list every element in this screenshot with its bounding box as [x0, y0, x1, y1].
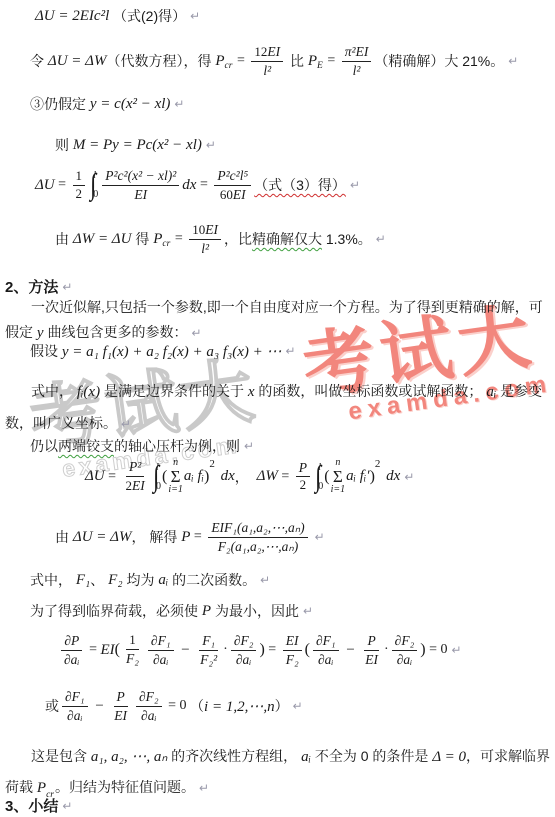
body-paragraph-method-intro: 一次近似解,只包括一个参数,即一个自由度对应一个方程。为了得到更精确的解，可假定…: [5, 295, 552, 346]
integral: ∫ l0: [152, 462, 161, 492]
frac-denominator: F₂(a₁,a₂,⋯,aₙ): [218, 539, 299, 555]
math-text: P: [215, 53, 224, 70]
formula-sum-integrals: ΔU = P² 2EI ∫ l0 ( n Σ i=1 aᵢ fᵢ ) 2 dx …: [85, 458, 414, 495]
frac-numerator: EI: [205, 222, 218, 238]
math-text: fᵢ(x): [77, 384, 100, 400]
paragraph-mark: ↵: [404, 470, 414, 484]
frac-denominator: ∂aᵢ: [153, 652, 169, 668]
frac-denominator: EI: [114, 708, 127, 724]
paragraph-mark: ↵: [62, 280, 72, 294]
fraction: ∂P ∂aᵢ: [61, 633, 83, 667]
minus-sign: −: [177, 642, 195, 659]
frac-denominator: 60: [220, 188, 233, 203]
separator: ，: [235, 467, 257, 487]
math-text: dx: [382, 468, 400, 485]
text: ，比: [224, 229, 252, 249]
fraction: ∂F₁ ∂aᵢ: [148, 633, 174, 667]
dot-operator: ·: [384, 642, 389, 658]
formula-assume-y: ③仍假定 y = c(x² − xl) ↵: [30, 94, 184, 114]
equals-sign: =: [55, 177, 70, 193]
fraction: P EI: [362, 633, 381, 667]
frac-numerator: EI: [286, 633, 299, 649]
text-line-quadratic-functions: 式中， F₁ 、 F₂ 均为 aᵢ 的二次函数。 ↵: [30, 570, 270, 590]
fraction: 10EI l²: [189, 222, 221, 256]
fraction: P²c²l⁵ 60EI: [214, 168, 251, 202]
frac-denominator: EI: [132, 478, 145, 494]
frac-numerator: ∂F₁: [151, 633, 171, 649]
open-paren: (: [324, 468, 329, 486]
paragraph-mark: ↵: [190, 9, 200, 23]
equals-zero: = 0: [426, 642, 448, 658]
paragraph-mark: ↵: [121, 417, 131, 431]
fraction: 1 F₂: [123, 633, 142, 666]
paragraph-mark: ↵: [174, 97, 184, 111]
math-text: aᵢ fᵢ: [184, 468, 204, 485]
subscript: cr: [225, 61, 233, 71]
sigma-icon: Σ: [171, 468, 181, 485]
frac-numerator: P²c²(x² − xl)²: [105, 168, 176, 184]
frac-numerator: P²: [129, 459, 141, 475]
fraction: EI F₂: [283, 633, 302, 667]
text-green-wavy: 两端铰支: [58, 436, 114, 456]
fraction: P 2: [296, 460, 310, 493]
paragraph-mark: ↵: [206, 138, 216, 152]
fraction: ∂F₂ ∂aᵢ: [136, 689, 162, 723]
note-text-red-wavy: （式（3）得）: [254, 175, 346, 195]
note-text: （式(2)得）: [113, 6, 186, 26]
text: 则: [55, 135, 73, 155]
body-paragraph-eigenvalue: 这是包含 a₁, a₂, ⋯, aₙ 的齐次线性方程组， aᵢ 不全为 0 的条…: [5, 741, 552, 805]
close-paren: ）: [275, 696, 289, 716]
text: 令: [30, 51, 48, 71]
frac-denominator: F₂: [126, 651, 139, 667]
equals-sign: =: [105, 469, 120, 485]
fraction: ∂F₂ ∂aᵢ: [392, 633, 418, 667]
text: 得: [131, 229, 153, 249]
frac-denominator: l²: [353, 63, 361, 79]
integral-icon: ∫: [90, 170, 96, 200]
equals-zero: = 0: [165, 698, 190, 714]
dot-operator: ·: [223, 642, 228, 658]
integral: ∫ l0: [89, 170, 98, 200]
frac-numerator: P: [367, 633, 375, 649]
open-paren: (: [115, 641, 120, 659]
text: 式中，: [30, 570, 76, 590]
math-text: y = a₁ f₁(x) + a₂ f₂(x) + a₃ f₃(x) + ⋯: [62, 342, 282, 361]
math-text: P: [153, 231, 162, 248]
paragraph-mark: ↵: [286, 344, 296, 358]
fraction: P EI: [111, 689, 130, 723]
sum-lower-limit: i=1: [168, 485, 183, 495]
text: 的二次函数。: [168, 570, 256, 590]
open-paren: (: [305, 641, 310, 659]
text: 的齐次线性方程组，: [167, 748, 301, 764]
math-text: y = c(x² − xl): [90, 96, 171, 113]
equals-sign: =: [196, 177, 211, 193]
math-text: Δ = 0: [432, 749, 466, 765]
frac-denominator: 2: [300, 478, 307, 493]
text: 1.3%。: [322, 229, 372, 249]
fraction: π²EI l²: [342, 44, 372, 78]
math-text: aᵢ: [486, 384, 496, 400]
frac-denominator: ∂aᵢ: [236, 652, 252, 668]
equals-sign: =: [324, 53, 339, 69]
close-paren: ): [204, 468, 209, 486]
frac-numerator: P: [299, 460, 307, 476]
math-text: EI: [100, 642, 114, 659]
text-line-hinged-bar: 仍以 两端铰支 的轴心压杆为例，则 ↵: [30, 436, 254, 456]
fraction: 1 2: [73, 169, 86, 202]
equals-sign: =: [190, 529, 205, 545]
frac-denominator: ∂aᵢ: [64, 652, 80, 668]
subscript: E: [317, 61, 323, 71]
paragraph-mark: ↵: [199, 781, 209, 795]
math-text: P: [181, 529, 190, 546]
integral-icon: ∫: [315, 462, 321, 492]
frac-numerator: ∂F₁: [65, 689, 85, 705]
formula-y-series: 假设 y = a₁ f₁(x) + a₂ f₂(x) + a₃ f₃(x) + …: [30, 341, 296, 361]
math-text: x: [248, 384, 255, 400]
section-heading: 3、小结: [5, 795, 58, 816]
frac-denominator: ∂aᵢ: [67, 708, 83, 724]
fraction: F₁ F₂²: [197, 633, 220, 667]
frac-denominator: F₂²: [200, 652, 217, 668]
text: ， 解得: [131, 527, 181, 547]
frac-numerator: 10: [192, 223, 205, 238]
frac-denominator: EI: [134, 187, 147, 203]
text-line-minimize-p: 为了得到临界荷载，必须使 P 为最小，因此 ↵: [30, 601, 313, 621]
text: 均为: [123, 570, 159, 590]
frac-numerator: π²EI: [345, 44, 369, 60]
math-text: P: [308, 53, 317, 70]
frac-numerator: P²c²l⁵: [217, 168, 248, 184]
frac-denominator: ∂aᵢ: [397, 652, 413, 668]
summation: n Σ i=1: [331, 458, 346, 495]
heading-summary: 3、小结 ↵: [5, 795, 72, 816]
sum-lower-limit: i=1: [331, 485, 346, 495]
math-text: F₂: [108, 572, 122, 589]
minus-sign: −: [91, 698, 109, 715]
text: 或: [45, 696, 59, 716]
paragraph-mark: ↵: [376, 232, 386, 246]
section-heading: 2、方法: [5, 276, 58, 297]
paragraph-mark: ↵: [244, 439, 254, 453]
math-text: a₁, a₂, ⋯, aₙ: [91, 749, 167, 765]
math-text: aᵢ: [158, 572, 168, 589]
text: （代数方程），得: [106, 51, 215, 71]
math-text: ΔW = ΔU: [73, 231, 132, 248]
math-text: ΔW: [257, 468, 278, 485]
minus-sign: −: [342, 642, 360, 659]
math-text: ΔU = 2EIc²l: [35, 8, 113, 25]
math-text: ΔU: [85, 468, 105, 485]
math-text: y: [37, 325, 44, 341]
paragraph-mark: ↵: [350, 178, 360, 192]
fraction: ∂F₁ ∂aᵢ: [62, 689, 88, 723]
fraction: 12EI l²: [251, 44, 283, 78]
frac-numerator: EI: [267, 44, 280, 60]
formula-p-ratio: 由 ΔU = ΔW ， 解得 P = EIF₁(a₁,a₂,⋯,aₙ) F₂(a…: [55, 520, 325, 554]
math-text: dx: [217, 468, 235, 485]
text: 、: [90, 570, 108, 590]
math-text: F₁: [76, 572, 90, 589]
text-green-wavy: 精确解仅大: [252, 229, 322, 249]
subscript: cr: [162, 239, 170, 249]
frac-denominator: F₂: [286, 652, 299, 668]
math-text: M = Py = Pc(x² − xl): [73, 137, 202, 154]
frac-denominator: ∂aᵢ: [318, 652, 334, 668]
equals-sign: =: [233, 53, 248, 69]
text: 。归结为特征值问题。: [55, 779, 195, 795]
equals-sign: =: [86, 642, 101, 658]
frac-numerator: ∂F₂: [234, 633, 254, 649]
equals-sign: =: [265, 642, 280, 658]
frac-numerator: 12: [254, 45, 267, 60]
summation: n Σ i=1: [168, 458, 183, 495]
frac-numerator: ∂F₂: [395, 633, 415, 649]
text: 的函数，叫做坐标函数或试解函数；: [255, 383, 487, 399]
paragraph-mark: ↵: [315, 530, 325, 544]
equals-sign: =: [171, 231, 186, 247]
formula-pcr-vs-pe: 令 ΔU = ΔW （代数方程），得 Pcr = 12EI l² 比 PE = …: [30, 44, 518, 78]
paragraph-mark: ↵: [452, 643, 462, 657]
text: 是满足边界条件的关于: [100, 383, 248, 399]
formula-delta-u-eq2: ΔU = 2EIc²l （式(2)得） ↵: [35, 6, 200, 26]
text: 这是包含: [31, 748, 91, 764]
text: 不全为 0 的条件是: [311, 748, 432, 764]
frac-denominator: ∂aᵢ: [141, 708, 157, 724]
text: 曲线包含更多的参数：: [44, 324, 188, 340]
math-text: dx: [182, 177, 196, 194]
frac-numerator: 1: [129, 633, 136, 648]
paragraph-mark: ↵: [260, 573, 270, 587]
frac-numerator: 1: [76, 169, 83, 184]
frac-denominator: l²: [201, 241, 209, 257]
text: ③仍假定: [30, 94, 90, 114]
frac-denominator: 2: [76, 187, 83, 202]
math-text: ΔU = ΔW: [48, 53, 107, 70]
open-paren: (: [162, 468, 167, 486]
frac-numerator: ∂F₂: [139, 689, 159, 705]
fraction: P²c²(x² − xl)² EI: [102, 168, 179, 202]
math-text: aᵢ fᵢ′: [346, 468, 369, 485]
formula-pcr-10ei: 由 ΔW = ΔU 得 Pcr = 10EI l² ，比 精确解仅大 1.3%。…: [55, 222, 386, 256]
math-text: i = 1,2,⋯,n: [204, 697, 275, 716]
sigma-icon: Σ: [333, 468, 343, 485]
text: （精确解）大 21%。: [374, 51, 504, 71]
body-paragraph-coordinate-functions: 式中， fᵢ(x) 是满足边界条件的关于 x 的函数，叫做坐标函数或试解函数； …: [5, 376, 552, 440]
text: 为了得到临界荷载，必须使: [30, 601, 202, 621]
equals-sign: =: [278, 469, 293, 485]
integral: ∫ l0: [314, 462, 323, 492]
heading-method: 2、方法 ↵: [5, 276, 72, 297]
frac-numerator: ∂P: [64, 633, 79, 649]
frac-numerator: P: [117, 689, 125, 705]
text: 假设: [30, 341, 62, 361]
math-text: aᵢ: [301, 749, 311, 765]
text: 的轴心压杆为例，则: [114, 436, 240, 456]
close-paren: ): [370, 468, 375, 486]
frac-denominator: EI: [233, 187, 246, 203]
math-text: P: [37, 780, 46, 796]
fraction: P² 2EI: [123, 459, 148, 493]
text: 式中，: [31, 383, 77, 399]
paragraph-mark: ↵: [508, 54, 518, 68]
frac-denominator: l²: [263, 63, 271, 79]
integral-icon: ∫: [153, 462, 159, 492]
math-text: ΔU: [35, 177, 55, 194]
paragraph-mark: ↵: [191, 326, 201, 340]
frac-denominator: EI: [365, 652, 378, 668]
frac-numerator: EIF₁(a₁,a₂,⋯,aₙ): [211, 520, 304, 536]
formula-or-condition: 或 ∂F₁ ∂aᵢ − P EI ∂F₂ ∂aᵢ = 0 （ i = 1,2,⋯…: [45, 689, 303, 723]
formula-delta-u-integral: ΔU = 1 2 ∫ l0 P²c²(x² − xl)² EI dx = P²c…: [35, 168, 360, 202]
fraction: EIF₁(a₁,a₂,⋯,aₙ) F₂(a₁,a₂,⋯,aₙ): [208, 520, 307, 554]
math-text: P: [202, 603, 211, 620]
text: 为最小，因此: [211, 601, 299, 621]
superscript-2: 2: [375, 458, 381, 470]
text: 由: [55, 229, 73, 249]
paragraph-mark: ↵: [62, 799, 72, 813]
formula-partial-derivative: ∂P ∂aᵢ = EI ( 1 F₂ ∂F₁ ∂aᵢ − F₁ F₂² · ∂F…: [58, 633, 462, 667]
formula-moment: 则 M = Py = Pc(x² − xl) ↵: [55, 135, 216, 155]
math-text: ΔU = ΔW: [73, 529, 132, 546]
paragraph-mark: ↵: [303, 604, 313, 618]
frac-numerator: ∂F₁: [316, 633, 336, 649]
frac-numerator: F₁: [202, 633, 215, 649]
paragraph-mark: ↵: [293, 699, 303, 713]
fraction: ∂F₁ ∂aᵢ: [313, 633, 339, 667]
open-paren: （: [190, 696, 204, 716]
text: 仍以: [30, 436, 58, 456]
fraction: ∂F₂ ∂aᵢ: [231, 633, 257, 667]
text: 比: [286, 51, 308, 71]
superscript-2: 2: [209, 458, 215, 470]
text: 由: [55, 527, 73, 547]
